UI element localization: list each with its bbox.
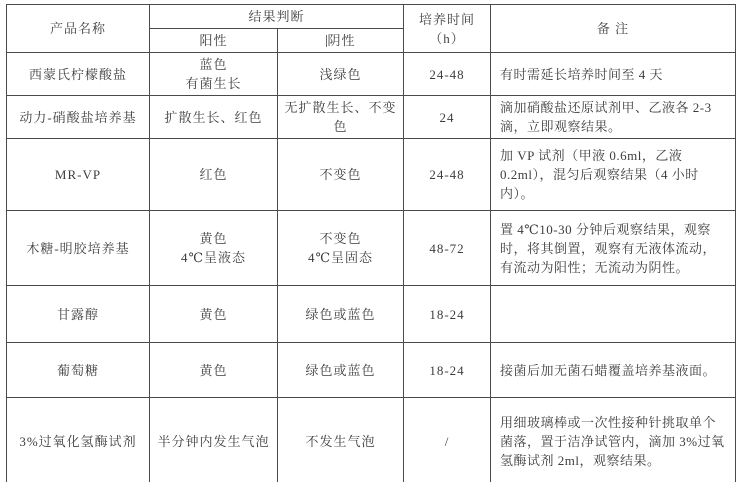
table-row: 动力-硝酸盐培养基 扩散生长、红色 无扩散生长、不变色 24 滴加硝酸盐还原试剂… xyxy=(7,96,736,139)
header-negative-label: 阴性 xyxy=(328,33,356,48)
positive-cell: 蓝色 有菌生长 xyxy=(150,53,278,96)
time-cell: 48-72 xyxy=(404,211,491,286)
product-cell: 3%过氧化氢酶试剂 xyxy=(7,398,150,482)
negative-cell: 无扩散生长、不变色 xyxy=(278,96,404,139)
negative-cell: 浅绿色 xyxy=(278,53,404,96)
positive-cell: 红色 xyxy=(150,139,278,211)
time-cell: 18-24 xyxy=(404,343,491,398)
negative-cell: 不变色 xyxy=(278,139,404,211)
table-row: 甘露醇 黄色 绿色或蓝色 18-24 xyxy=(7,286,736,343)
table-row: 葡萄糖 黄色 绿色或蓝色 18-24 接菌后加无菌石蜡覆盖培养基液面。 xyxy=(7,343,736,398)
product-cell: 动力-硝酸盐培养基 xyxy=(7,96,150,139)
remark-cell: 有时需延长培养时间至 4 天 xyxy=(491,53,736,96)
time-cell: 24-48 xyxy=(404,139,491,211)
time-cell: 18-24 xyxy=(404,286,491,343)
document-page: 产品名称 结果判断 培养时间 （h） 备 注 阳性 阴性 西蒙氏柠檬酸盐 蓝色 … xyxy=(0,0,740,482)
header-remark: 备 注 xyxy=(491,5,736,53)
header-culture-time: 培养时间 （h） xyxy=(404,5,491,53)
positive-cell: 半分钟内发生气泡 xyxy=(150,398,278,482)
product-cell: 甘露醇 xyxy=(7,286,150,343)
time-cell: 24-48 xyxy=(404,53,491,96)
table-row: 木糖-明胶培养基 黄色 4℃呈液态 不变色 4℃呈固态 48-72 置 4℃10… xyxy=(7,211,736,286)
table-row: 3%过氧化氢酶试剂 半分钟内发生气泡 不发生气泡 / 用细玻璃棒或一次性接种针挑… xyxy=(7,398,736,482)
product-cell: 葡萄糖 xyxy=(7,343,150,398)
positive-cell: 扩散生长、红色 xyxy=(150,96,278,139)
remark-cell: 加 VP 试剂（甲液 0.6ml，乙液 0.2ml），混匀后观察结果（4 小时内… xyxy=(491,139,736,211)
header-result-judgment: 结果判断 xyxy=(150,5,404,29)
negative-cell: 绿色或蓝色 xyxy=(278,286,404,343)
product-cell: 西蒙氏柠檬酸盐 xyxy=(7,53,150,96)
header-product-name: 产品名称 xyxy=(7,5,150,53)
stray-cursor-mark xyxy=(326,35,327,47)
time-cell: 24 xyxy=(404,96,491,139)
product-cell: MR-VP xyxy=(7,139,150,211)
result-judgment-table: 产品名称 结果判断 培养时间 （h） 备 注 阳性 阴性 西蒙氏柠檬酸盐 蓝色 … xyxy=(6,4,736,482)
header-row-1: 产品名称 结果判断 培养时间 （h） 备 注 xyxy=(7,5,736,29)
time-cell: / xyxy=(404,398,491,482)
negative-cell: 不发生气泡 xyxy=(278,398,404,482)
table-row: MR-VP 红色 不变色 24-48 加 VP 试剂（甲液 0.6ml，乙液 0… xyxy=(7,139,736,211)
product-cell: 木糖-明胶培养基 xyxy=(7,211,150,286)
remark-cell: 用细玻璃棒或一次性接种针挑取单个菌落，置于洁净试管内，滴加 3%过氧氢酶试剂 2… xyxy=(491,398,736,482)
positive-cell: 黄色 xyxy=(150,286,278,343)
table-row: 西蒙氏柠檬酸盐 蓝色 有菌生长 浅绿色 24-48 有时需延长培养时间至 4 天 xyxy=(7,53,736,96)
remark-cell: 接菌后加无菌石蜡覆盖培养基液面。 xyxy=(491,343,736,398)
header-negative: 阴性 xyxy=(278,29,404,53)
negative-cell: 绿色或蓝色 xyxy=(278,343,404,398)
header-positive: 阳性 xyxy=(150,29,278,53)
negative-cell: 不变色 4℃呈固态 xyxy=(278,211,404,286)
positive-cell: 黄色 xyxy=(150,343,278,398)
remark-cell: 滴加硝酸盐还原试剂甲、乙液各 2-3 滴，立即观察结果。 xyxy=(491,96,736,139)
positive-cell: 黄色 4℃呈液态 xyxy=(150,211,278,286)
remark-cell xyxy=(491,286,736,343)
remark-cell: 置 4℃10-30 分钟后观察结果，观察时，将其倒置，观察有无液体流动，有流动为… xyxy=(491,211,736,286)
